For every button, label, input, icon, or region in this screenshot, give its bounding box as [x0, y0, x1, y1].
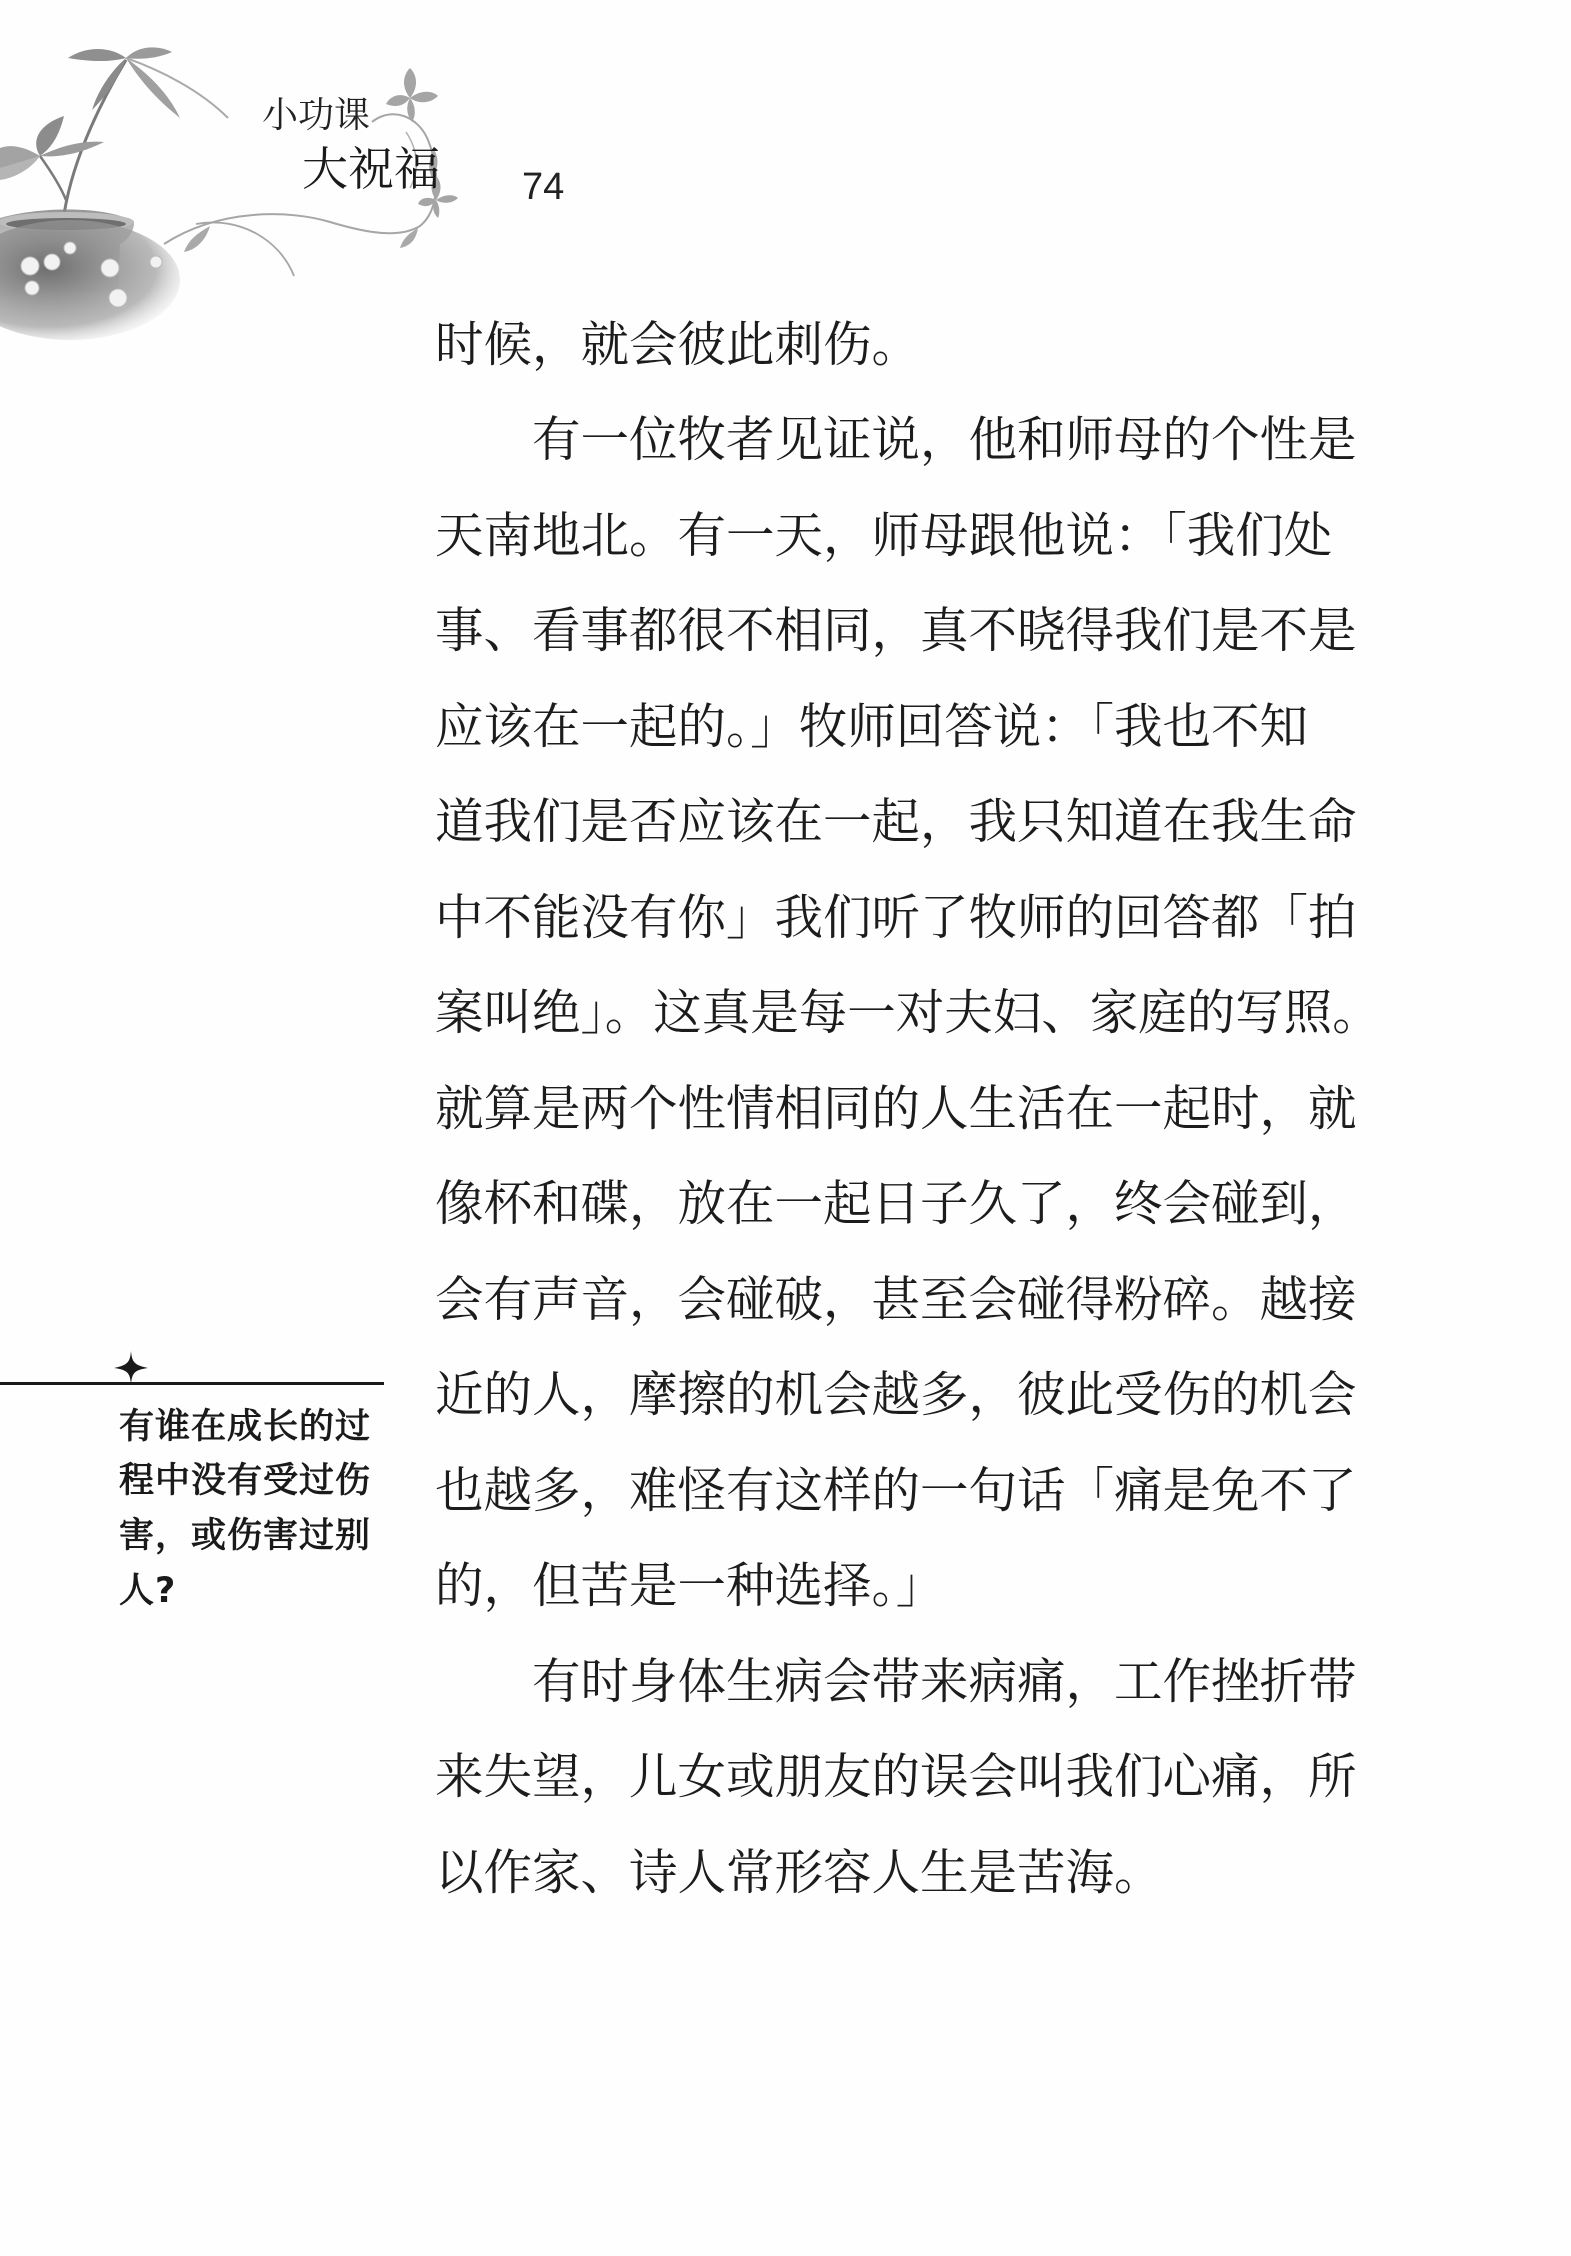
- text-line: 以作家、诗人常形容人生是苦海。: [435, 1846, 1163, 1900]
- margin-note-line: 有谁在成长的过: [119, 1405, 371, 1449]
- text-line: 也越多，难怪有这样的一句话「痛是免不了: [435, 1464, 1357, 1518]
- text-line: 时候，就会彼此刺伤。: [435, 318, 920, 372]
- margin-note-line: 害，或伤害过别: [119, 1514, 371, 1558]
- text-line: 像杯和碟，放在一起日子久了，终会碰到，: [435, 1177, 1357, 1231]
- text-line: 会有声音，会碰破，甚至会碰得粉碎。越接: [435, 1273, 1357, 1327]
- text-line: 案叫绝」。这真是每一对夫妇、家庭的写照。: [435, 986, 1381, 1040]
- text-line: 就算是两个性情相同的人生活在一起时，就: [435, 1082, 1357, 1136]
- text-line: 有时身体生病会带来病痛，工作挫折带: [532, 1655, 1357, 1709]
- page-number: 74: [522, 168, 564, 206]
- book-page: 小功课 大祝福 74 时候，就会彼此刺伤。 有一位牧者见证说，他和师母的个性是 …: [0, 0, 1571, 2256]
- text-line: 中不能没有你」我们听了牧师的回答都「拍: [435, 891, 1357, 945]
- margin-note-rule: [0, 1382, 384, 1385]
- text-line: 有一位牧者见证说，他和师母的个性是: [532, 413, 1357, 467]
- margin-note-line: 程中没有受过伤: [119, 1459, 371, 1503]
- text-line: 事、看事都很不相同，真不晓得我们是不是: [435, 604, 1357, 658]
- margin-note-line: 人?: [119, 1569, 176, 1613]
- text-line: 应该在一起的。」牧师回答说：「我也不知: [435, 700, 1308, 754]
- text-line: 天南地北。有一天，师母跟他说：「我们处: [435, 509, 1332, 563]
- text-line: 的，但苦是一种选择。」: [435, 1559, 944, 1613]
- text-line: 道我们是否应该在一起，我只知道在我生命: [435, 795, 1357, 849]
- text-line: 来失望，儿女或朋友的误会叫我们心痛，所: [435, 1750, 1357, 1804]
- text-line: 近的人，摩擦的机会越多，彼此受伤的机会: [435, 1368, 1357, 1422]
- four-point-star-icon: [114, 1351, 148, 1385]
- series-title: 小功课: [262, 98, 370, 134]
- book-title: 大祝福: [302, 146, 440, 192]
